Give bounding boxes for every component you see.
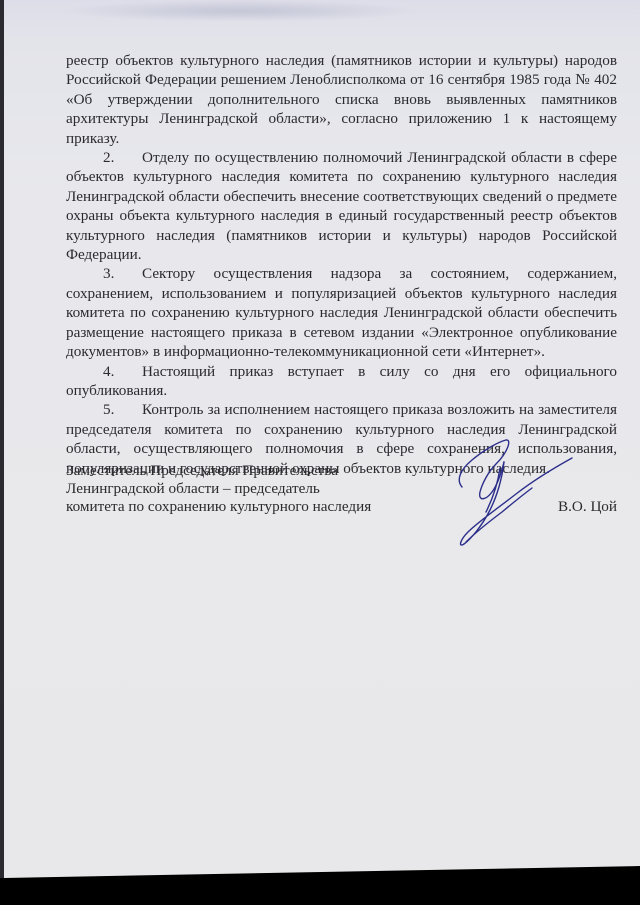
item-text: Отделу по осуществлению полномочий Ленин… bbox=[66, 149, 617, 263]
item-text: Сектору осуществления надзора за состоян… bbox=[66, 265, 617, 360]
item-number: 2. bbox=[103, 148, 142, 167]
paragraph-continuation: реестр объектов культурного наследия (па… bbox=[66, 51, 617, 148]
scanned-page: реестр объектов культурного наследия (па… bbox=[0, 0, 640, 905]
signatory-name: В.О. Цой bbox=[558, 498, 617, 516]
signature-icon bbox=[450, 432, 580, 552]
paragraph-item-3: 3.Сектору осуществления надзора за состо… bbox=[66, 264, 617, 361]
paragraph-item-4: 4.Настоящий приказ вступает в силу со дн… bbox=[66, 362, 617, 401]
item-text: Настоящий приказ вступает в силу со дня … bbox=[66, 363, 617, 399]
item-number: 5. bbox=[103, 400, 142, 419]
signatory-title-line: комитета по сохранению культурного насле… bbox=[66, 498, 371, 516]
item-number: 3. bbox=[103, 264, 142, 283]
paragraph-item-2: 2.Отделу по осуществлению полномочий Лен… bbox=[66, 148, 617, 264]
bleed-through-smudge bbox=[60, 0, 420, 22]
signatory-title: Заместитель Председателя Правительства Л… bbox=[66, 462, 371, 516]
scan-edge-shadow bbox=[0, 0, 4, 878]
document-body: реестр объектов культурного наследия (па… bbox=[66, 51, 617, 478]
signatory-title-line: Ленинградской области – председатель bbox=[66, 480, 371, 498]
signatory-title-line: Заместитель Председателя Правительства bbox=[66, 462, 371, 480]
item-number: 4. bbox=[103, 362, 142, 381]
